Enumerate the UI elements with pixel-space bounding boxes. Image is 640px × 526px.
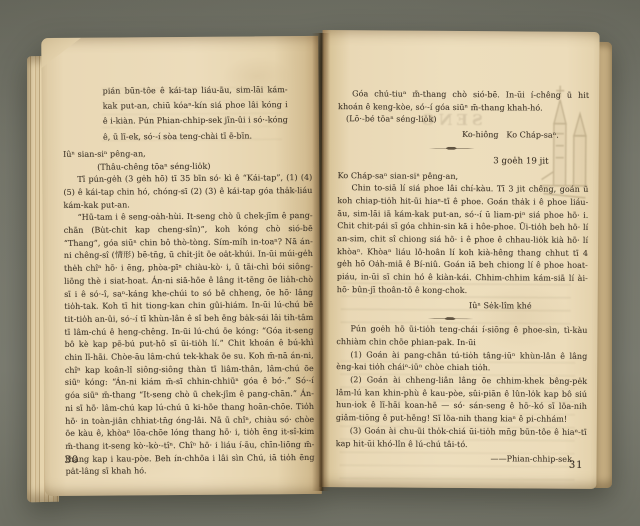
editor-item: (2) Goán ài chheng-liân lâng ōe chhim-kh…: [336, 374, 587, 427]
left-page: pián būn-tôe ê kái-tap liáu-āu, sim-lāi …: [41, 36, 322, 496]
page-number-left: 30: [64, 455, 79, 466]
editor-intro: Pún goe̍h hō ūi-tio̍h teng-chái í-siōng …: [336, 323, 587, 350]
photo-scene: pián būn-tôe ê kái-tap liáu-āu, sim-lāi …: [0, 0, 640, 526]
editor-item: (3) Goán ài chu-ūi tho̍k-chiá ūi-tio̍h m…: [336, 425, 587, 452]
signature-editor: ——Phian-chhip-sek.: [336, 452, 587, 466]
signature-iu-sek-lim: Iûⁿ Se̍k-lîm khé: [337, 299, 588, 313]
left-page-text: pián būn-tôe ê kái-tap liáu-āu, sim-lāi …: [63, 82, 315, 479]
page-fold-corner: [41, 38, 81, 68]
intro-quote: pián būn-tôe ê kái-tap liáu-āu, sim-lāi …: [103, 82, 288, 144]
letter-body: Chin to-siā lí siá phoe lâi chí-kàu. Tī …: [337, 182, 589, 298]
paragraph: Góa chú-tiuⁿ m̄-thang chò sió-bē. In-ūi …: [338, 88, 589, 115]
signature-ko-chhap-sa: Ko-hiông Ko Cháp-saⁿ.: [338, 128, 589, 142]
letter-date: 3 goe̍h 19 jit: [338, 154, 589, 168]
section-divider: [428, 147, 474, 150]
stage-note: (Lō·-bé tōaⁿ séng-lio̍k): [346, 114, 589, 128]
editor-item: (1) Goán ài pang-chān tú-tio̍h tâng-iūⁿ …: [336, 349, 587, 376]
section-divider: [427, 317, 473, 320]
open-book: pián būn-tôe ê kái-tap liáu-āu, sim-lāi …: [0, 0, 640, 526]
paragraph: Tī pún-ge̍h (3 ge̍h hō) tī 35 bīn só· kì…: [63, 172, 312, 212]
paragraph: “Hū-tam i ê seng-oa̍h-hùi. It-seng chò ū…: [64, 210, 315, 479]
page-number-right: 31: [569, 460, 584, 471]
right-page-text: Góa chú-tiuⁿ m̄-thang chò sió-bē. In-ūi …: [336, 88, 590, 467]
right-page: SENG Góa chú-tiuⁿ m̄-thang chò sió-bē. I…: [319, 30, 599, 489]
